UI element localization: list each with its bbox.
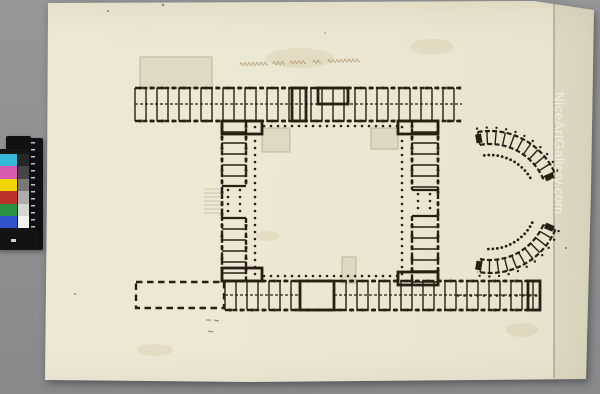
bottom-wing [225,280,540,312]
color-swatch [0,191,17,203]
color-swatch [0,204,17,216]
calibration-bar [0,136,47,250]
dashed-annex [136,282,224,308]
watermark-text: NiceArtGallery.com [552,92,566,332]
right-wing [401,121,440,285]
crescent-colonnade [475,126,560,277]
calibration-bottom-tab [0,230,39,250]
photo-stage: NiceArtGallery.com [0,0,600,394]
color-swatch [0,179,17,191]
floor-plan-drawing [0,0,600,394]
color-swatch [0,216,17,228]
top-wing [135,87,462,123]
color-swatch [0,166,17,178]
ink-specks [74,4,567,295]
left-wing [221,121,257,282]
color-swatch [0,154,17,166]
paper-wrap: NiceArtGallery.com [0,0,600,394]
